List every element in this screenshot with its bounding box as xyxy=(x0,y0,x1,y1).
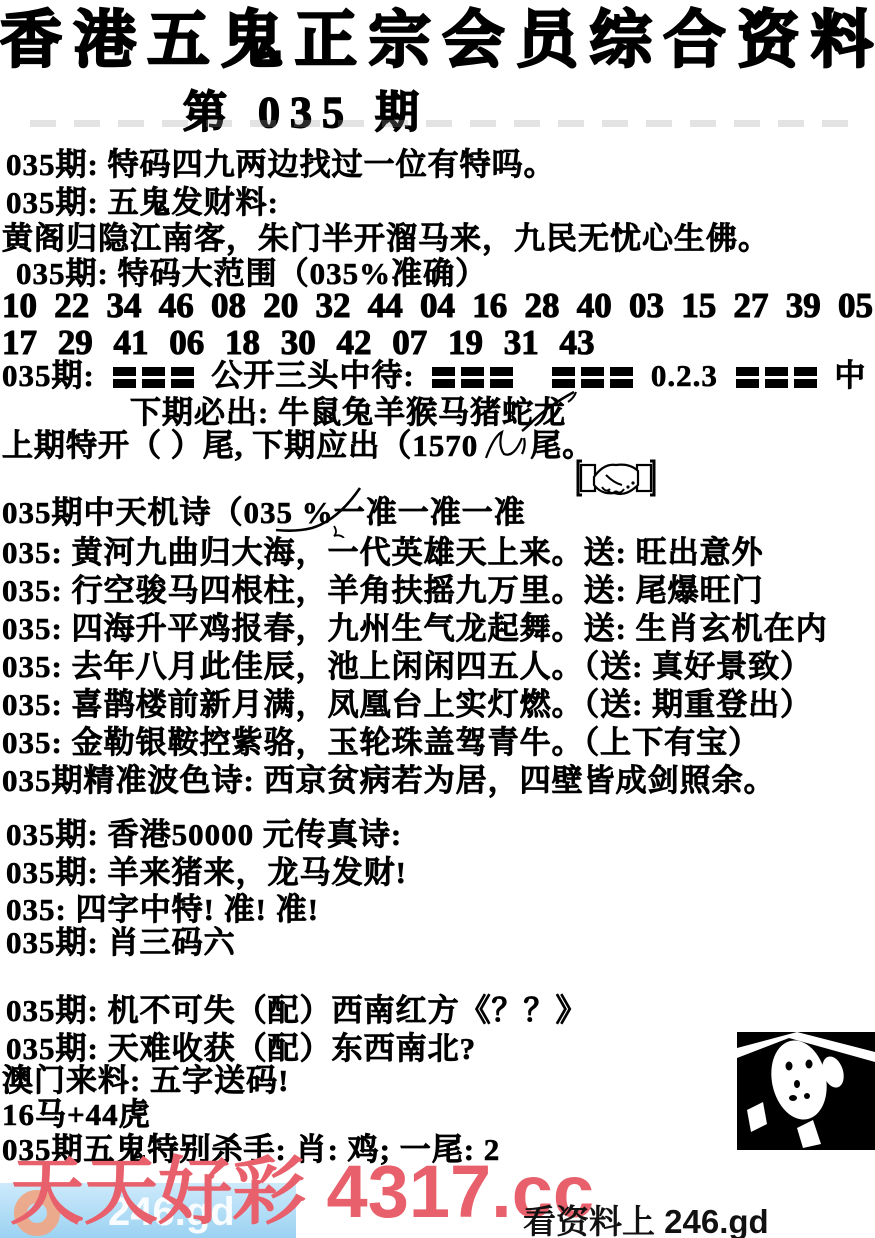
bars-prefix: 035期: xyxy=(2,358,95,393)
lottery-tip-sheet: 香港五鬼正宗会员综合资料 第 035 期 035期: 特码四九两边找过一位有特吗… xyxy=(0,0,875,1238)
fax-line: 035期: 香港50000 元传真诗: xyxy=(6,818,402,852)
poem-line: 035: 黄河九曲归大海，一代英雄天上来。送: 旺出意外 xyxy=(2,536,764,570)
fax-line: 035: 四字中特! 准! 准! xyxy=(6,893,319,927)
bars-digits: 0.2.3 xyxy=(651,358,718,393)
couplet-line: 黄阁归隐江南客，朱门半开溜马来，九民无忧心生佛。 xyxy=(2,222,770,256)
poem-line: 035: 行空骏马四根柱，羊角扶摇九万里。送: 尾爆旺门 xyxy=(2,574,764,608)
bars-suffix: 中 xyxy=(834,358,866,393)
bars-middle: 公开三头中待: xyxy=(211,358,414,393)
numbers-row-2: 17 29 41 06 18 30 42 07 19 31 43 xyxy=(2,326,595,360)
redacted-bars-icon xyxy=(110,361,197,395)
horse-tiger-line: 16马+44虎 xyxy=(2,1098,151,1132)
poem-line: 035: 四海升平鸡报春，九州生气龙起舞。送: 生肖玄机在内 xyxy=(2,612,828,646)
open-three-heads-line: 035期: 公开三头中待: 0.2.3 中 xyxy=(2,359,866,395)
tail-prediction-line: 上期特开（ ）尾, 下期应出（1570 尾。 xyxy=(2,428,594,463)
tail-text-a: 上期特开（ ）尾, 下期应出（1570 xyxy=(2,428,478,463)
handshake-icon xyxy=(576,453,656,503)
handwriting-scribble xyxy=(478,428,530,462)
tip-line: 035期: 特码四九两边找过一位有特吗。 xyxy=(6,148,556,182)
page-title: 香港五鬼正宗会员综合资料 xyxy=(0,2,875,80)
pair-line: 035期: 机不可失（配）西南红方《？？》 xyxy=(6,994,588,1028)
tianji-title: 035期中天机诗（035 %一准一准一准 xyxy=(2,496,526,530)
handwriting-curve xyxy=(268,486,364,538)
redacted-bars-icon xyxy=(733,361,820,395)
bose-poem-line: 035期精准波色诗: 西京贫病若为居，四壁皆成剑照余。 xyxy=(2,764,776,798)
macau-line: 澳门来料: 五字送码! xyxy=(2,1064,289,1098)
numbers-row-1: 10 22 34 46 08 20 32 44 04 16 28 40 03 1… xyxy=(2,289,873,323)
fax-line: 035期: 羊来猪来，龙马发财! xyxy=(6,856,407,890)
poem-line: 035: 金勒银鞍控紫骆，玉轮珠盖驾青牛。（上下有宝） xyxy=(2,726,760,760)
poem-line: 035: 去年八月此佳辰，池上闲闲四五人。（送: 真好景致） xyxy=(2,650,812,684)
tip-line: 035期: 五鬼发财料: xyxy=(6,186,279,220)
poem-line: 035: 喜鹊楼前新月满，凤凰台上实灯燃。（送: 期重登出） xyxy=(2,688,812,722)
fax-line: 035期: 肖三码六 xyxy=(6,926,236,960)
portrait-photo xyxy=(737,1032,875,1156)
zodiac-must-line: 下期必出: 牛鼠兔羊猴马猪蛇龙 xyxy=(130,396,566,430)
pair-line: 035期: 天难收获（配）东西南北? xyxy=(6,1032,476,1066)
redacted-bars-icon xyxy=(429,361,516,395)
issue-number: 第 035 期 xyxy=(183,76,429,140)
footer-site-note: 看资料上 246.gd xyxy=(523,1196,769,1238)
scan-artifact xyxy=(30,120,850,127)
